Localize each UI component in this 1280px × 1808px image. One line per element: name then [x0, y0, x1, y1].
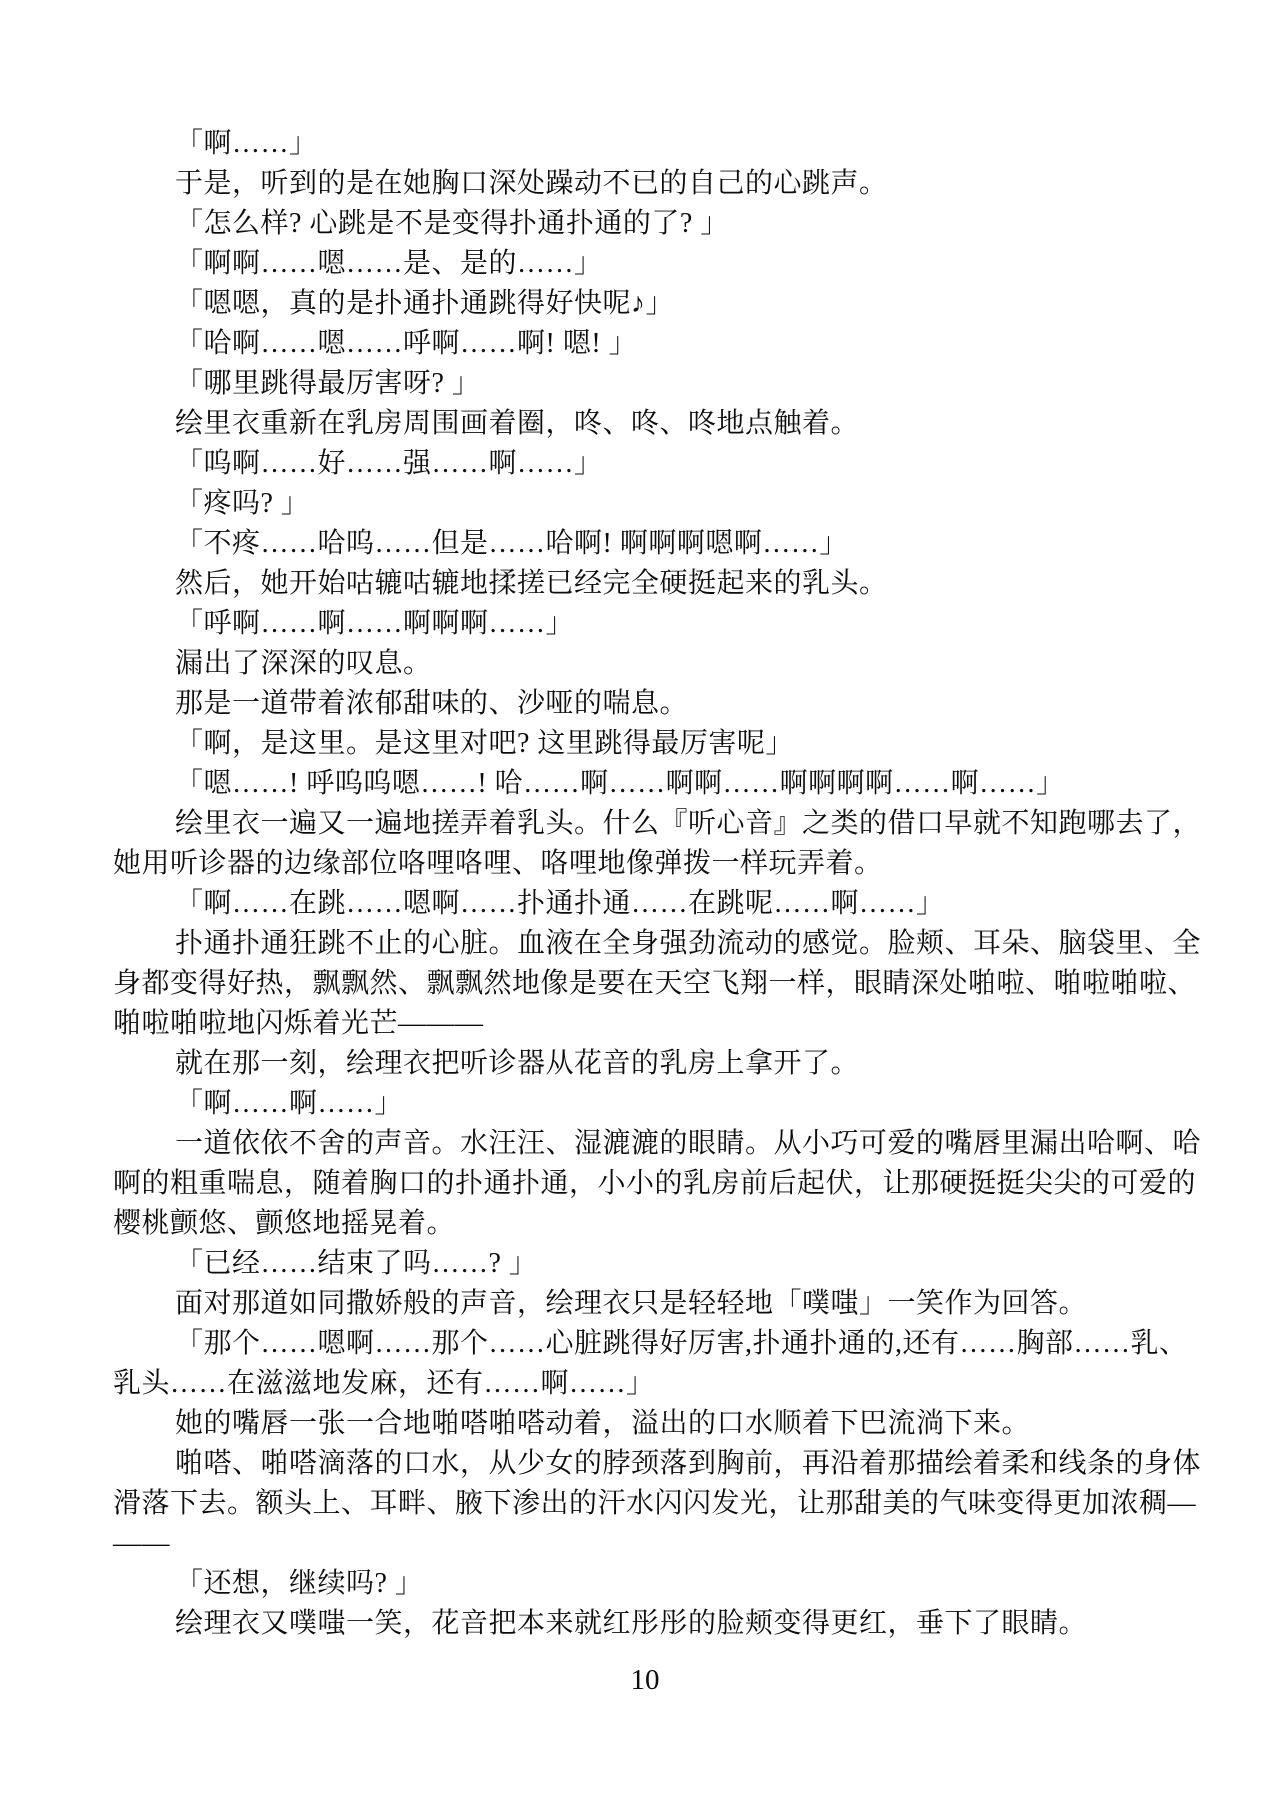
text-line: 面对那道如同撒娇般的声音，绘理衣只是轻轻地「噗嗤」一笑作为回答。 — [113, 1284, 1177, 1324]
text-line: 身都变得好热，飘飘然、飘飘然地像是要在天空飞翔一样，眼睛深处啪啦、啪啦啪啦、 — [113, 964, 1177, 1004]
text-line: 扑通扑通狂跳不止的心脏。血液在全身强劲流动的感觉。脸颊、耳朵、脑袋里、全 — [113, 924, 1177, 964]
text-line: 「疼吗? 」 — [113, 484, 1177, 524]
text-line: 「怎么样? 心跳是不是变得扑通扑通的了? 」 — [113, 204, 1177, 244]
text-line: 绘里衣重新在乳房周围画着圈，咚、咚、咚地点触着。 — [113, 404, 1177, 444]
text-line: 于是，听到的是在她胸口深处躁动不已的自己的心跳声。 — [113, 164, 1177, 204]
novel-page: 「啊……」于是，听到的是在她胸口深处躁动不已的自己的心跳声。「怎么样? 心跳是不… — [0, 0, 1280, 1808]
text-line: 滑落下去。额头上、耳畔、腋下渗出的汗水闪闪发光，让那甜美的气味变得更加浓稠— — [113, 1484, 1177, 1524]
text-line: 「那个……嗯啊……那个……心脏跳得好厉害,扑通扑通的,还有……胸部……乳、 — [113, 1324, 1177, 1364]
text-line: —— — [113, 1524, 1177, 1564]
text-line: 啊的粗重喘息，随着胸口的扑通扑通，小小的乳房前后起伏，让那硬挺挺尖尖的可爱的 — [113, 1164, 1177, 1204]
text-line: 绘里衣一遍又一遍地搓弄着乳头。什么『听心音』之类的借口早就不知跑哪去了， — [113, 804, 1177, 844]
text-line: 「哈啊……嗯……呼啊……啊! 嗯! 」 — [113, 324, 1177, 364]
text-line: 「已经……结束了吗……? 」 — [113, 1244, 1177, 1284]
text-line: 那是一道带着浓郁甜味的、沙哑的喘息。 — [113, 684, 1177, 724]
text-line: 然后，她开始咕辘咕辘地揉搓已经完全硬挺起来的乳头。 — [113, 564, 1177, 604]
text-line: 「啊……啊……」 — [113, 1084, 1177, 1124]
text-line: 樱桃颤悠、颤悠地摇晃着。 — [113, 1204, 1177, 1244]
page-number: 10 — [113, 1662, 1177, 1698]
text-line: 就在那一刻，绘理衣把听诊器从花音的乳房上拿开了。 — [113, 1044, 1177, 1084]
text-line: 「嗯嗯，真的是扑通扑通跳得好快呢♪」 — [113, 284, 1177, 324]
text-line: 乳头……在滋滋地发麻，还有……啊……」 — [113, 1364, 1177, 1404]
text-line: 啪啦啪啦地闪烁着光芒——— — [113, 1004, 1177, 1044]
text-line: 「哪里跳得最厉害呀? 」 — [113, 364, 1177, 404]
text-line: 「呼啊……啊……啊啊啊……」 — [113, 604, 1177, 644]
text-line: 「不疼……哈呜……但是……哈啊! 啊啊啊嗯啊……」 — [113, 524, 1177, 564]
text-line: 「还想，继续吗? 」 — [113, 1564, 1177, 1604]
text-line: 绘理衣又噗嗤一笑，花音把本来就红彤彤的脸颊变得更红，垂下了眼睛。 — [113, 1604, 1177, 1644]
text-line: 一道依依不舍的声音。水汪汪、湿漉漉的眼睛。从小巧可爱的嘴唇里漏出哈啊、哈 — [113, 1124, 1177, 1164]
text-line: 啪嗒、啪嗒滴落的口水，从少女的脖颈落到胸前，再沿着那描绘着柔和线条的身体 — [113, 1444, 1177, 1484]
text-line: 「啊啊……嗯……是、是的……」 — [113, 244, 1177, 284]
text-line: 「啊，是这里。是这里对吧? 这里跳得最厉害呢」 — [113, 724, 1177, 764]
text-line: 「嗯……! 呼呜呜嗯……! 哈……啊……啊啊……啊啊啊啊……啊……」 — [113, 764, 1177, 804]
text-line: 她的嘴唇一张一合地啪嗒啪嗒动着，溢出的口水顺着下巴流淌下来。 — [113, 1404, 1177, 1444]
text-line: 漏出了深深的叹息。 — [113, 644, 1177, 684]
text-line: 「呜啊……好……强……啊……」 — [113, 444, 1177, 484]
text-line: 「啊……」 — [113, 124, 1177, 164]
page-text-block: 「啊……」于是，听到的是在她胸口深处躁动不已的自己的心跳声。「怎么样? 心跳是不… — [113, 124, 1177, 1644]
text-line: 她用听诊器的边缘部位咯哩咯哩、咯哩地像弹拨一样玩弄着。 — [113, 844, 1177, 884]
text-line: 「啊……在跳……嗯啊……扑通扑通……在跳呢……啊……」 — [113, 884, 1177, 924]
